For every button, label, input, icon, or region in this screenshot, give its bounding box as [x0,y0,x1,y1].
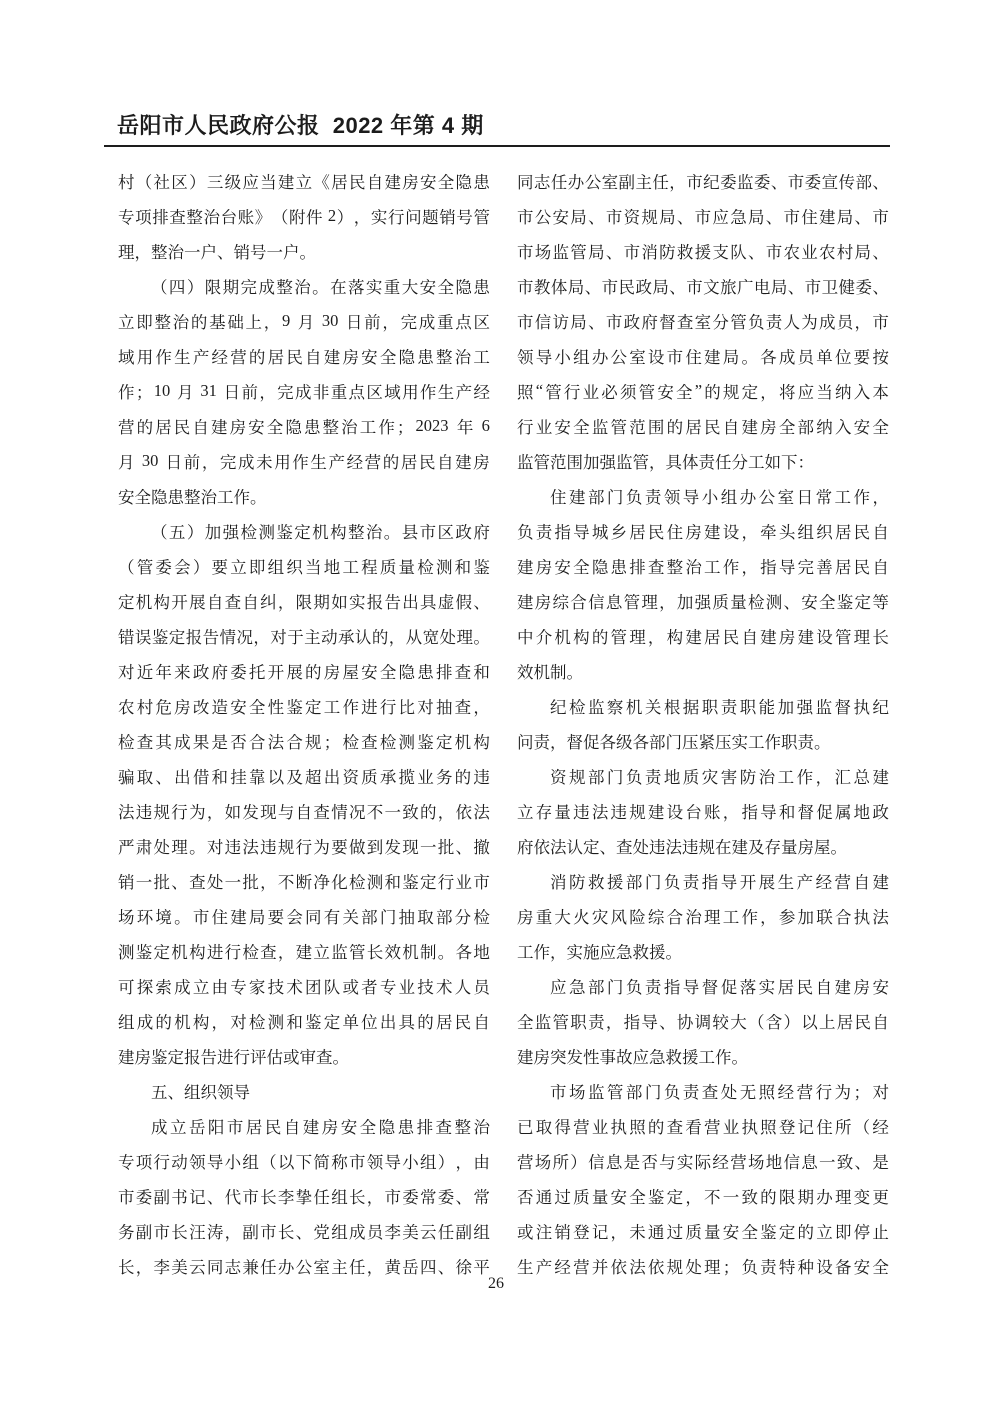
text-line: 照“管行业必须管安全”的规定，将应当纳入本 [517,373,889,408]
text-line: 组成的机构，对检测和鉴定单位出具的居民自 [118,1003,490,1038]
text-line: 同志任办公室副主任，市纪委监委、市委宣传部、 [517,163,889,198]
text-line: 检查其成果是否合法合规；检查检测鉴定机构 [118,723,490,758]
text-line: （管委会）要立即组织当地工程质量检测和鉴 [118,548,490,583]
text-line: 领导小组办公室设市住建局。各成员单位要按 [517,338,889,373]
text-line: 务副市长汪涛，副市长、党组成员李美云任副组 [118,1213,490,1248]
text-line: 市公安局、市资规局、市应急局、市住建局、市 [517,198,889,233]
text-line: 五、组织领导 [118,1073,490,1108]
text-line: 建房综合信息管理，加强质量检测、安全鉴定等 [517,583,889,618]
text-line: 市场监管局、市消防救援支队、市农业农村局、 [517,233,889,268]
text-line: 否通过质量安全鉴定，不一致的限期办理变更 [517,1178,889,1213]
text-line: 场环境。市住建局要会同有关部门抽取部分检 [118,898,490,933]
text-line: 纪检监察机关根据职责职能加强监督执纪 [517,688,889,723]
text-line: 村（社区）三级应当建立《居民自建房安全隐患 [118,163,490,198]
text-line: 市教体局、市民政局、市文旅广电局、市卫健委、 [517,268,889,303]
text-line: 月 30 日前，完成未用作生产经营的居民自建房 [118,443,490,478]
text-line: 应急部门负责指导督促落实居民自建房安 [517,968,889,1003]
text-line: 域用作生产经营的居民自建房安全隐患整治工 [118,338,490,373]
text-line: 行业安全监管范围的居民自建房全部纳入安全 [517,408,889,443]
text-line: 对近年来政府委托开展的房屋安全隐患排查和 [118,653,490,688]
text-line: 建房安全隐患排查整治工作，指导完善居民自 [517,548,889,583]
text-line: 法违规行为，如发现与自查情况不一致的，依法 [118,793,490,828]
text-line: 中介机构的管理，构建居民自建房建设管理长 [517,618,889,653]
text-line: 专项排查整治台账》（附件 2），实行问题销号管 [118,198,490,233]
text-line: 定机构开展自查自纠，限期如实报告出具虚假、 [118,583,490,618]
text-line: 成立岳阳市居民自建房安全隐患排查整治 [118,1108,490,1143]
text-line: 错误鉴定报告情况，对于主动承认的，从宽处理。 [118,618,490,653]
text-line: 已取得营业执照的查看营业执照登记住所（经 [517,1108,889,1143]
text-line: 消防救援部门负责指导开展生产经营自建 [517,863,889,898]
text-line: 全监管职责，指导、协调较大（含）以上居民自 [517,1003,889,1038]
text-line: 建房突发性事故应急救援工作。 [517,1038,889,1073]
page-header-title: 岳阳市人民政府公报 2022 年第 4 期 [117,113,484,139]
text-line: 安全隐患整治工作。 [118,478,490,513]
text-line: 可探索成立由专家技术团队或者专业技术人员 [118,968,490,1003]
text-line: 市委副书记、代市长李挚任组长，市委常委、常 [118,1178,490,1213]
text-line: 或注销登记，未通过质量安全鉴定的立即停止 [517,1213,889,1248]
text-line: 专项行动领导小组（以下简称市领导小组），由 [118,1143,490,1178]
text-line: 严肃处理。对违法违规行为要做到发现一批、撤 [118,828,490,863]
text-line: 工作，实施应急救援。 [517,933,889,968]
text-line: 营场所）信息是否与实际经营场地信息一致、是 [517,1143,889,1178]
text-line: 农村危房改造安全性鉴定工作进行比对抽查， [118,688,490,723]
text-line: 房重大火灾风险综合治理工作，参加联合执法 [517,898,889,933]
text-line: 立存量违法违规建设台账，指导和督促属地政 [517,793,889,828]
text-line: （四）限期完成整治。在落实重大安全隐患 [118,268,490,303]
header-rule [104,145,890,147]
text-line: （五）加强检测鉴定机构整治。县市区政府 [118,513,490,548]
text-line: 效机制。 [517,653,889,688]
text-line: 问责，督促各级各部门压紧压实工作职责。 [517,723,889,758]
text-line: 销一批、查处一批，不断净化检测和鉴定行业市 [118,863,490,898]
text-column-left: 村（社区）三级应当建立《居民自建房安全隐患专项排查整治台账》（附件 2），实行问… [118,163,490,1283]
text-line: 作；10 月 31 日前，完成非重点区域用作生产经 [118,373,490,408]
text-line: 测鉴定机构进行检查，建立监管长效机制。各地 [118,933,490,968]
page-number: 26 [0,1275,992,1293]
text-line: 市信访局、市政府督查室分管负责人为成员，市 [517,303,889,338]
text-line: 立即整治的基础上，9 月 30 日前，完成重点区 [118,303,490,338]
text-line: 府依法认定、查处违法违规在建及存量房屋。 [517,828,889,863]
text-line: 负责指导城乡居民住房建设，牵头组织居民自 [517,513,889,548]
text-column-right: 同志任办公室副主任，市纪委监委、市委宣传部、市公安局、市资规局、市应急局、市住建… [517,163,889,1283]
article-body: 村（社区）三级应当建立《居民自建房安全隐患专项排查整治台账》（附件 2），实行问… [118,163,889,1283]
text-line: 住建部门负责领导小组办公室日常工作， [517,478,889,513]
text-line: 监管范围加强监管，具体责任分工如下： [517,443,889,478]
text-line: 资规部门负责地质灾害防治工作，汇总建 [517,758,889,793]
text-line: 营的居民自建房安全隐患整治工作；2023 年 6 [118,408,490,443]
text-line: 市场监管部门负责查处无照经营行为；对 [517,1073,889,1108]
text-line: 建房鉴定报告进行评估或审查。 [118,1038,490,1073]
text-line: 骗取、出借和挂靠以及超出资质承揽业务的违 [118,758,490,793]
gazette-page: 岳阳市人民政府公报 2022 年第 4 期 村（社区）三级应当建立《居民自建房安… [0,0,992,1403]
text-line: 理，整治一户、销号一户。 [118,233,490,268]
